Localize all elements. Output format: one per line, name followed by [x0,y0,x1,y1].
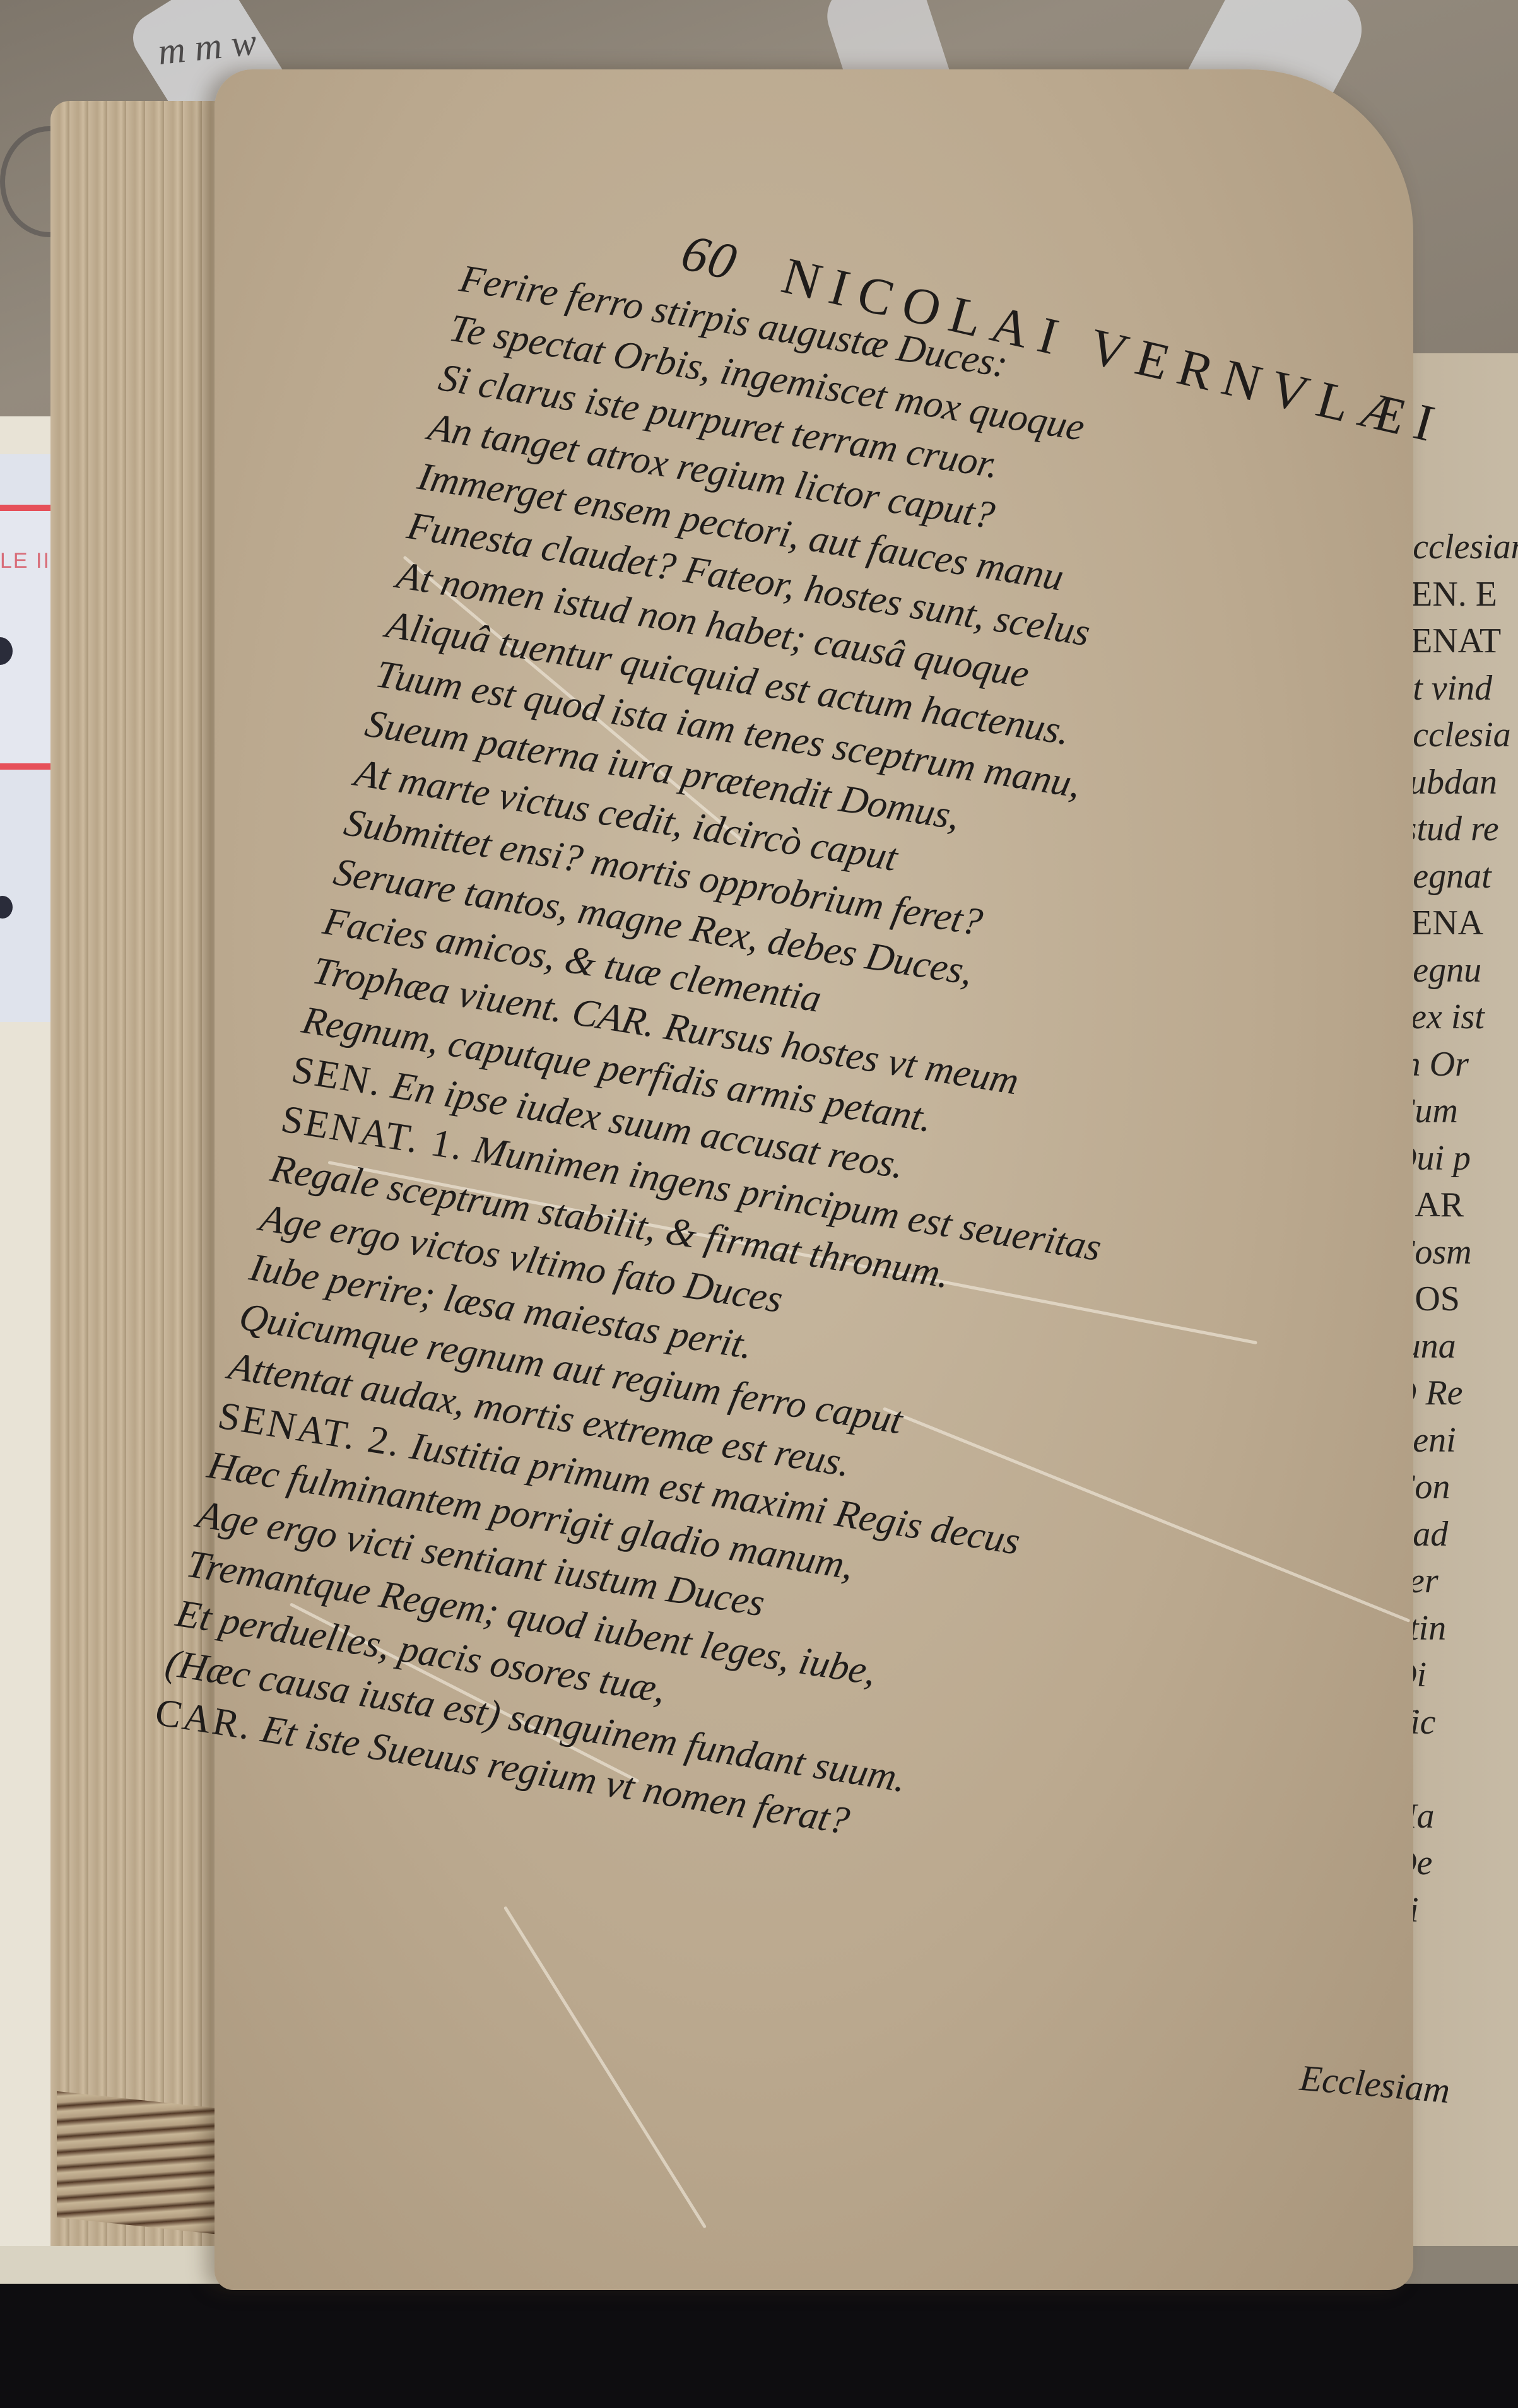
display-base [0,2284,1518,2408]
library-label-text: LE III [0,549,57,573]
page-number: 60 [675,223,744,291]
